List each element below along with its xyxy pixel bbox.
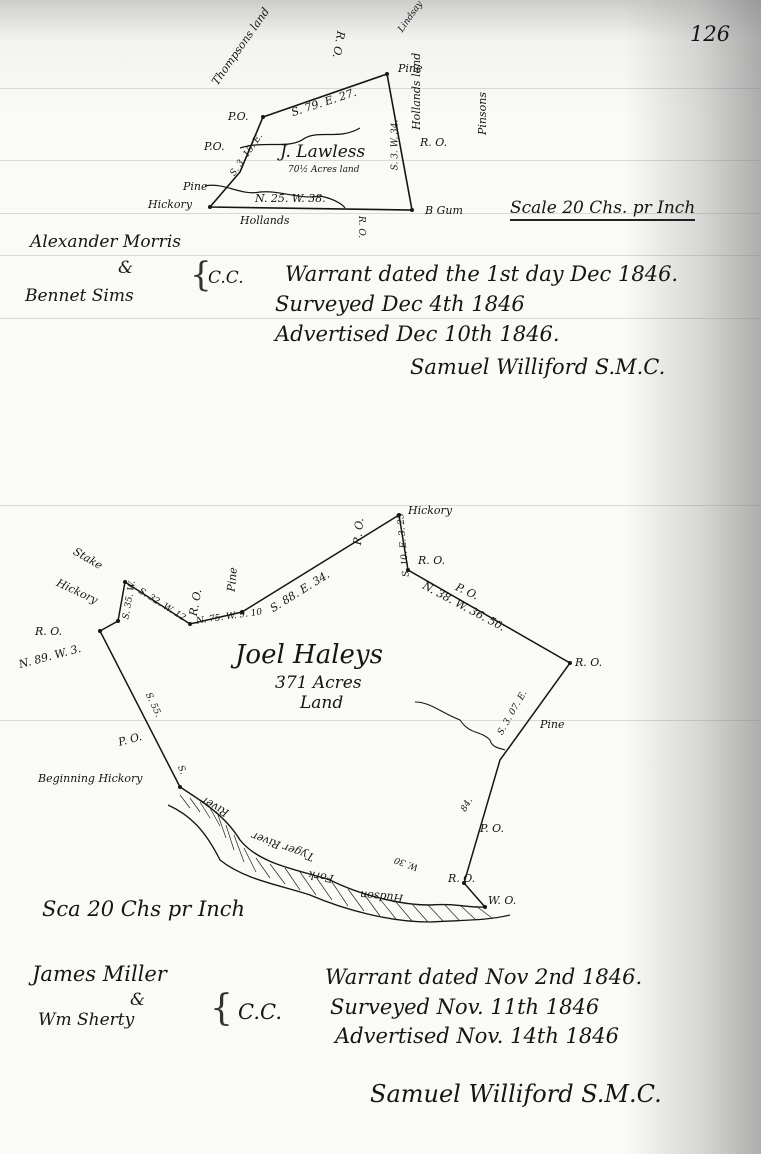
corner-label: W. O. [488, 894, 516, 907]
corner-label: R. O. [351, 517, 366, 545]
corner-label: R. O. [575, 656, 602, 669]
corner-label: Pine [540, 718, 565, 731]
corner-label: Pine [225, 567, 240, 593]
ledger-page: 126 Thompsons land R. O. Lindsay Pine P.… [0, 0, 761, 1154]
claimant-name: Wm Sherty [38, 1010, 134, 1030]
corner-label: P. O. [480, 822, 504, 835]
scale-note: Sca 20 Chs pr Inch [42, 897, 245, 921]
corner-label: R. O. [448, 872, 475, 885]
tract-area-label: 371 Acres [275, 673, 362, 693]
corner-label: Beginning Hickory [38, 772, 143, 785]
claimant-name: James Miller [32, 962, 167, 986]
surveyed-line: Surveyed Nov. 11th 1846 [330, 995, 599, 1019]
ampersand: & [130, 990, 145, 1010]
tract-land-label: Land [300, 693, 343, 713]
tract-owner-label: Joel Haleys [235, 640, 383, 670]
warrant-line: Warrant dated Nov 2nd 1846. [325, 965, 642, 989]
brace: { [210, 988, 233, 1029]
corner-label: R. O. [35, 625, 62, 638]
corner-label: Hickory [408, 504, 452, 517]
corner-label: R. O. [418, 554, 445, 567]
surveyor-signature: Samuel Williford S.M.C. [370, 1080, 662, 1108]
bracket-note: C.C. [238, 1000, 282, 1024]
advertised-line: Advertised Nov. 14th 1846 [335, 1024, 619, 1048]
